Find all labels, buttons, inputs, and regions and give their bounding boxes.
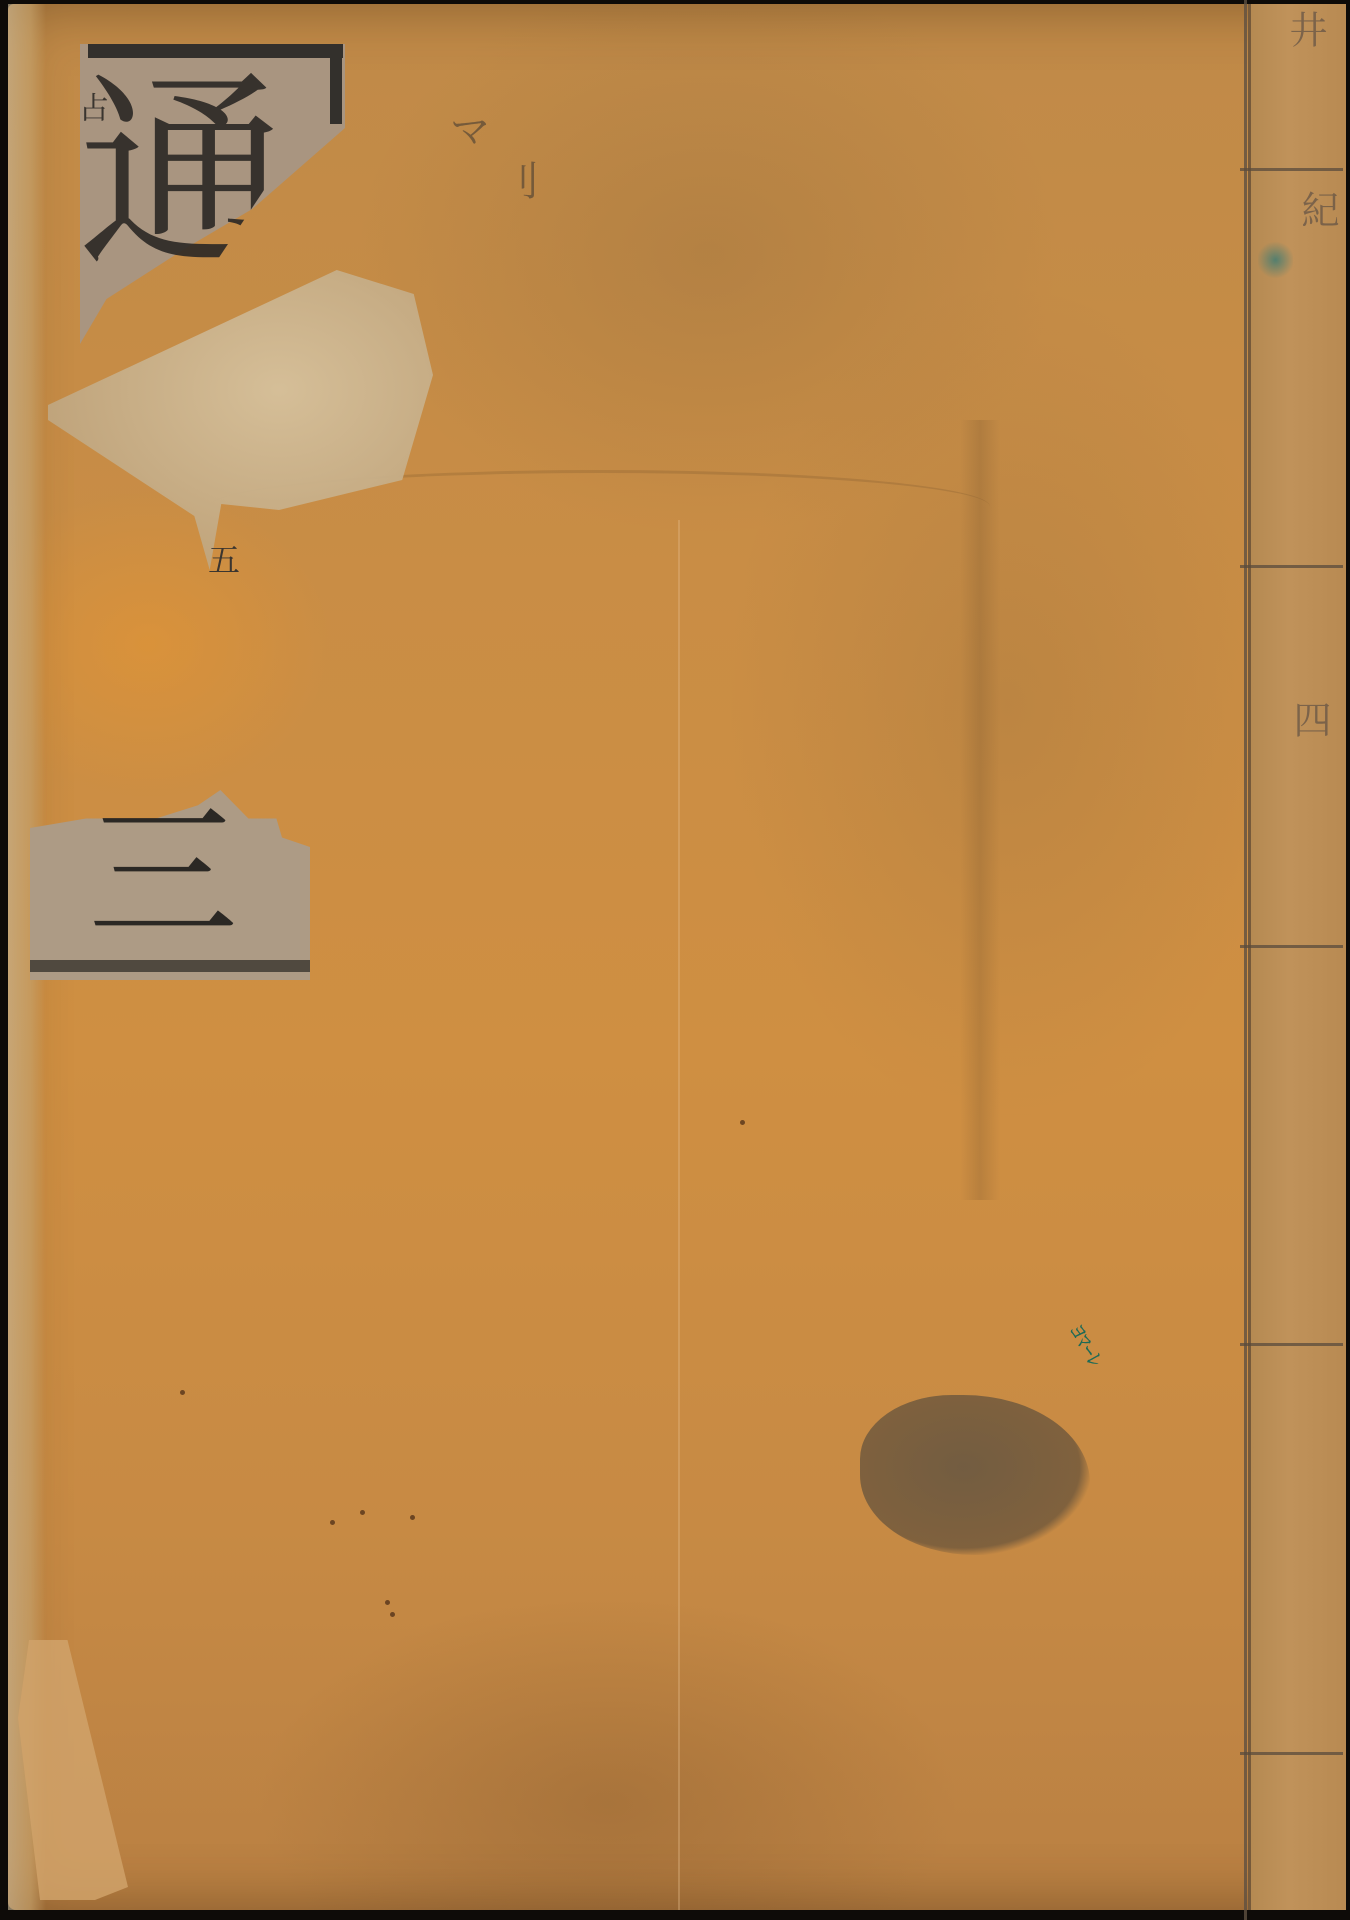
speck <box>410 1515 415 1520</box>
speck <box>385 1600 390 1605</box>
volume-number: 三 <box>88 800 238 950</box>
speck <box>360 1510 365 1515</box>
speck <box>180 1390 185 1395</box>
speck <box>740 1120 745 1125</box>
stitch-4 <box>1240 1343 1343 1346</box>
spine-ink-top: 井 <box>1278 10 1333 48</box>
pencil-mark-a: マ <box>450 100 490 157</box>
volume-label-border <box>30 960 310 972</box>
pencil-mark-b: 刂 <box>500 150 540 207</box>
teal-ink-smudge <box>1258 240 1293 280</box>
title-small-chars: 占 <box>68 92 112 122</box>
binding-spine <box>1248 4 1346 1910</box>
title-label-frame-top <box>88 44 343 58</box>
spine-ink-lower: 四 <box>1282 700 1337 738</box>
stitch-3 <box>1240 945 1343 948</box>
label-remnant-character: 五 <box>208 535 240 581</box>
speck <box>330 1520 335 1525</box>
spine-ink-mid: 紀 <box>1290 190 1345 228</box>
water-stain-vertical <box>960 420 1000 1200</box>
binding-thread <box>1244 0 1247 1920</box>
stitch-2 <box>1240 565 1343 568</box>
stitch-1 <box>1240 168 1343 171</box>
fold-crease <box>678 520 680 1910</box>
speck <box>390 1612 395 1617</box>
stitch-5 <box>1240 1752 1343 1755</box>
title-label-frame-right <box>330 44 342 124</box>
